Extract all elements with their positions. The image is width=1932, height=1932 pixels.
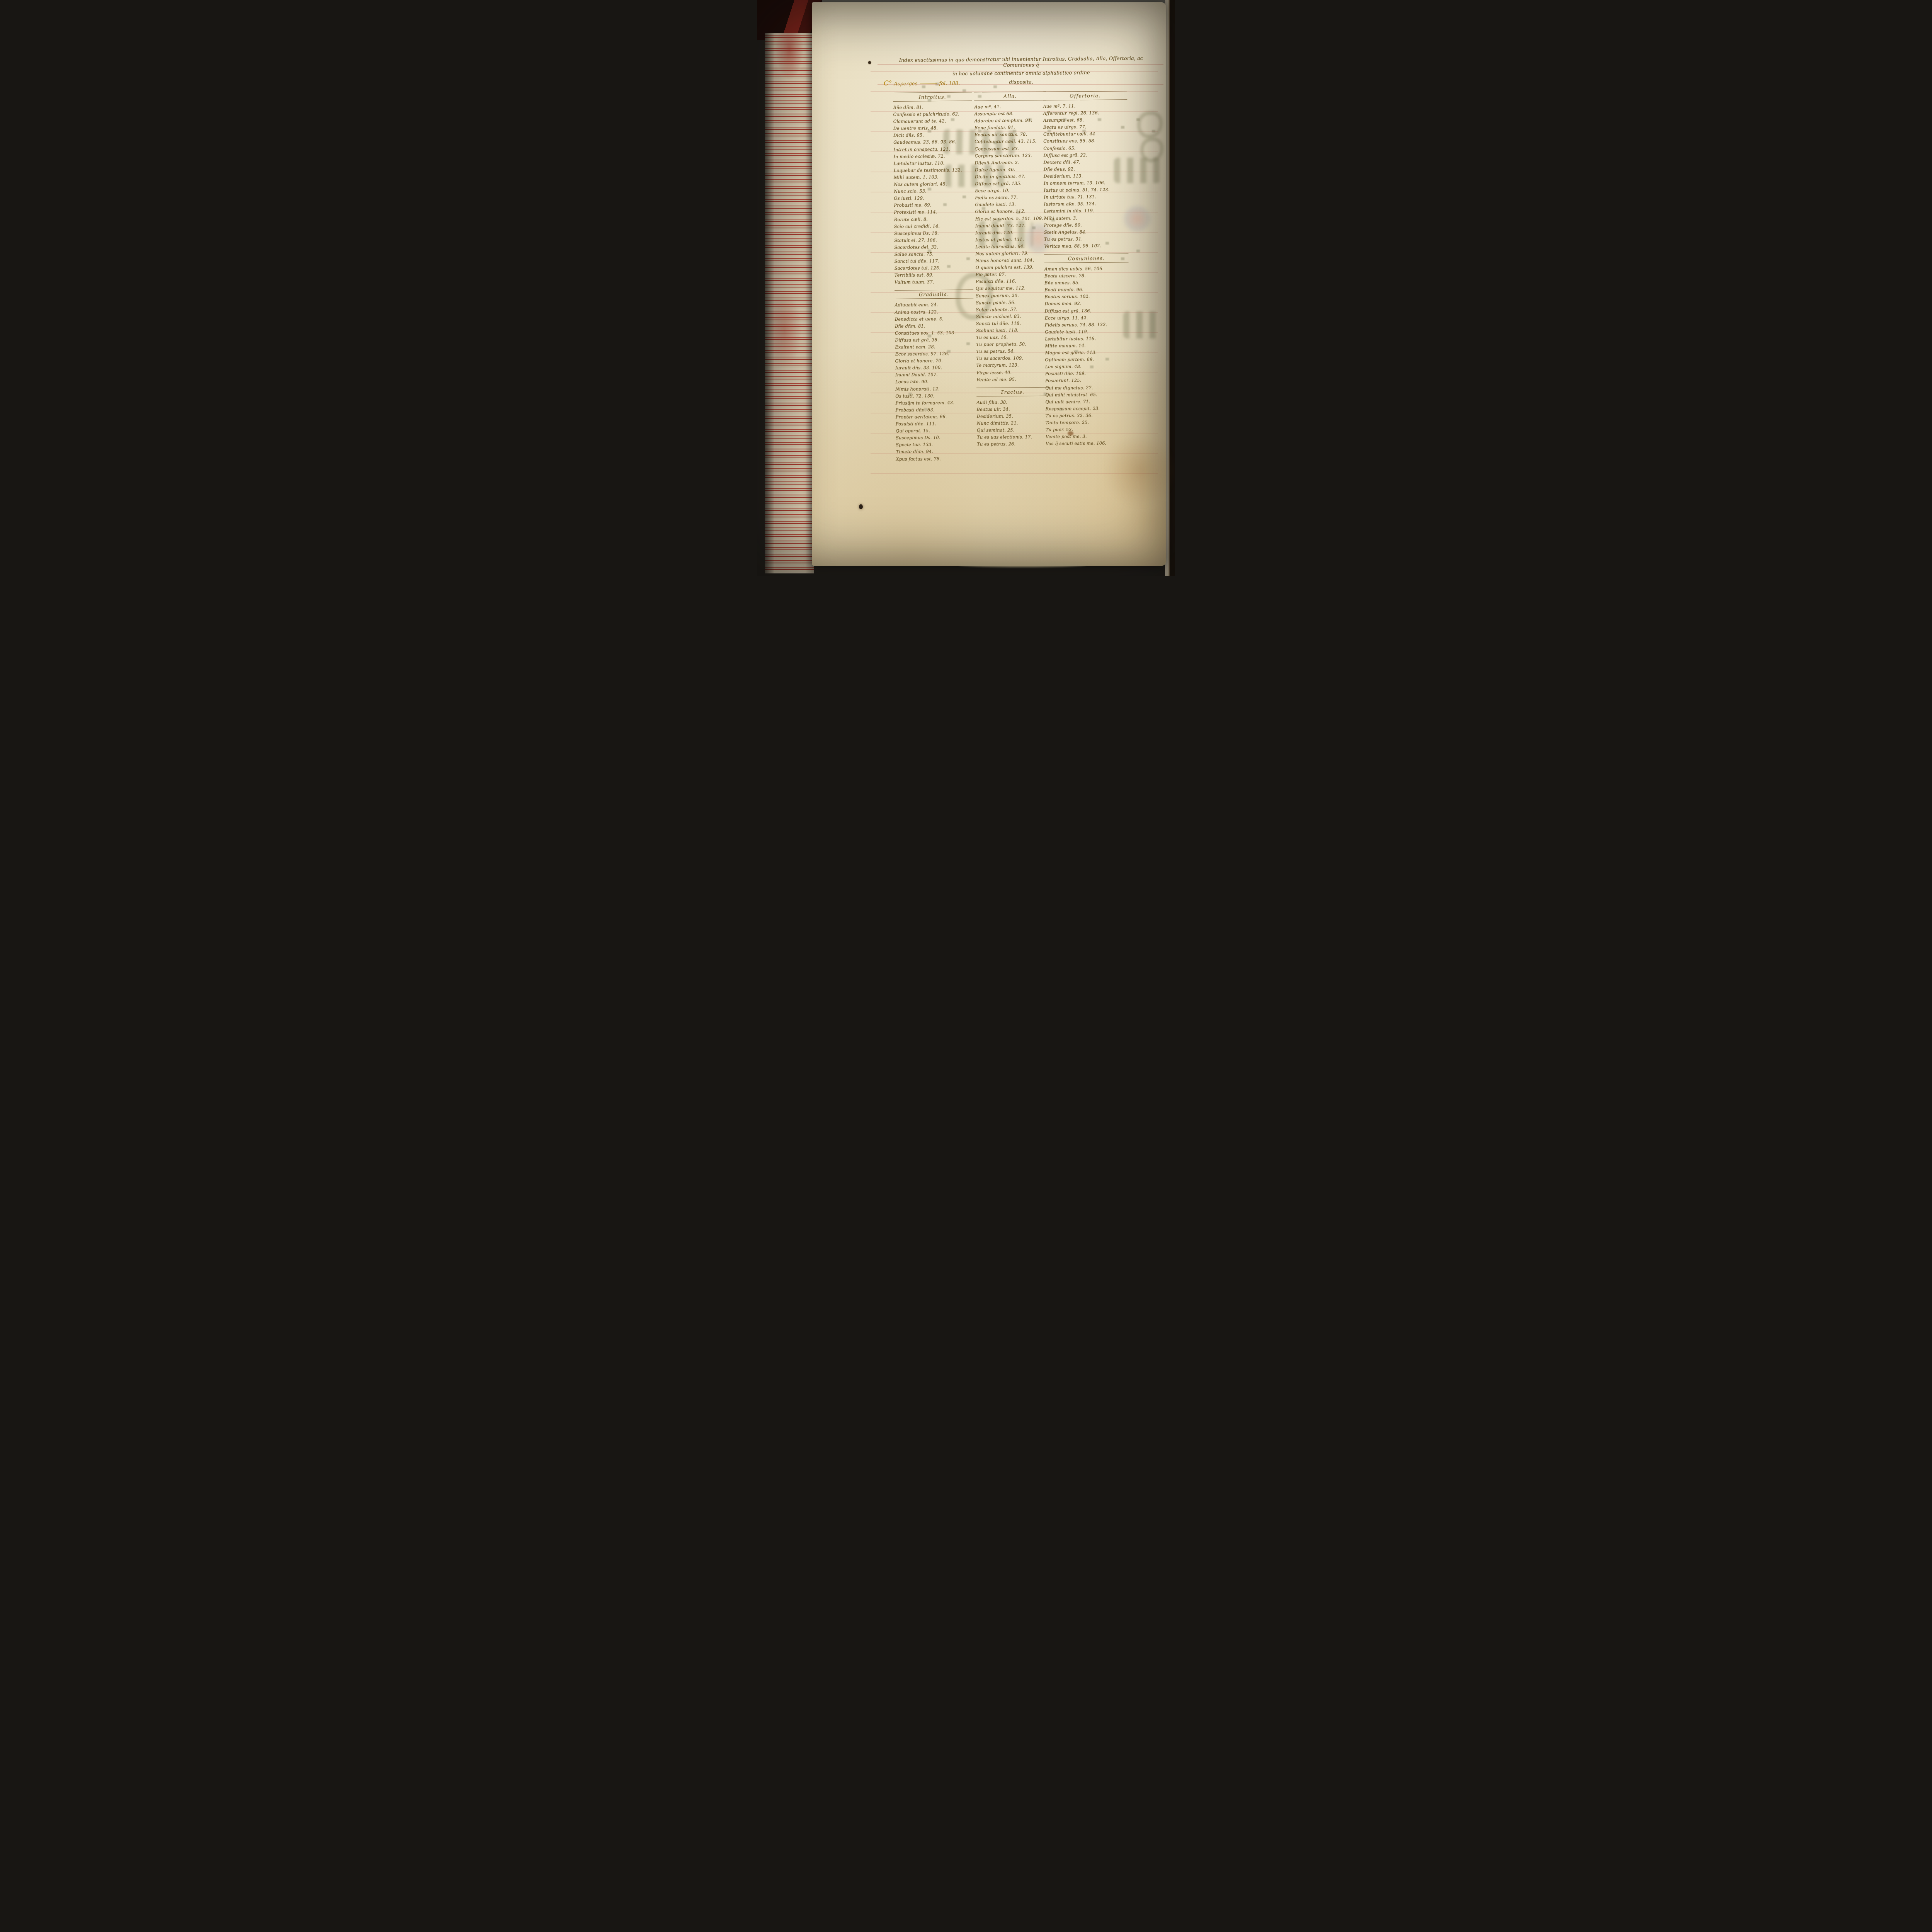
- parchment-hole: [868, 61, 871, 64]
- index-section: Alla.Aue mª. 41.Assumpta est 68.Adorabo …: [974, 92, 1048, 383]
- index-entry: Gaudete iusti. 13.: [975, 201, 1047, 209]
- index-entry: Probasti dñe. 63.: [895, 406, 974, 414]
- manuscript-photo: Index exactissimus in quo demonstratur u…: [757, 0, 1175, 576]
- index-entry: Leuita laurentius. 64.: [975, 243, 1047, 251]
- asperges-folio-note: C°Aspergesfol. 188.: [884, 79, 960, 88]
- entry-list: Adiuuabit eam. 24.Anima nostra. 122.Bene…: [895, 301, 975, 463]
- index-entry: Lex signum. 48.: [1045, 363, 1129, 371]
- index-entry: Ecce uirgo. 11. 42.: [1045, 314, 1129, 322]
- index-entry: Posuisti dñe. 116.: [976, 278, 1048, 286]
- index-entry: Diffusa est grã. 22.: [1043, 151, 1128, 159]
- index-entry: Diffusa est grã. 135.: [975, 180, 1047, 188]
- index-entry: Dextera dñi. 47.: [1043, 158, 1128, 166]
- index-entry: Rorate cæli. 8.: [894, 216, 973, 223]
- index-entry: Fælix es sacra. 77.: [975, 194, 1047, 202]
- index-entry: Lætabitur iustus. 110.: [893, 160, 972, 167]
- index-entry: Iurauit dñs. 33. 100.: [895, 364, 974, 372]
- index-entry: Beatus seruus. 102.: [1044, 293, 1129, 301]
- index-entry: Beatus uir sanctus. 78.: [975, 131, 1046, 139]
- index-entry: Tu es petrus. 31.: [1044, 235, 1128, 243]
- index-entry: Suscepimus Ds. 10.: [896, 434, 975, 442]
- index-entry: Specie tua. 133.: [896, 441, 975, 449]
- index-entry: Aue mª. 41.: [974, 103, 1046, 111]
- index-entry: Beata es uirgo. 77.: [1043, 123, 1128, 131]
- index-entry: Sacerdotes tui. 125.: [895, 264, 973, 272]
- index-entry: Fidelis seruus. 74. 88. 132.: [1045, 321, 1129, 329]
- index-entry: Clamauerunt ad te. 42.: [893, 118, 972, 126]
- entry-list: Audi filia. 38.Beatus uir. 34.Desiderium…: [976, 399, 1049, 448]
- index-entry: Gloria et honore. 70.: [895, 357, 974, 365]
- index-entry: Aue mª. 7. 11.: [1043, 102, 1127, 110]
- index-entry: Nos autem gloriari. 79.: [975, 250, 1047, 258]
- index-entry: Optimam partem. 69.: [1045, 356, 1129, 364]
- index-entry: Concussum est. 83.: [975, 145, 1046, 153]
- index-entry: Tu es sacerdos. 109.: [976, 355, 1048, 362]
- index-entry: Desiderium. 35.: [977, 413, 1049, 420]
- index-entry: Benedicta et uene. 5.: [895, 315, 974, 323]
- index-entry: Locus iste. 90.: [895, 378, 974, 386]
- index-entry: Gloria et honore. 112.: [975, 208, 1047, 216]
- index-entry: Sacerdotes dei. 32.: [894, 243, 973, 251]
- index-entry: Iustorum aïæ. 95. 124.: [1044, 200, 1128, 208]
- section-title: Gradualia.: [895, 290, 973, 299]
- index-entry: Senex puerum. 20.: [976, 292, 1048, 299]
- index-entry: Dicite in gentibus. 47.: [975, 173, 1047, 181]
- index-entry: Ecce sacerdos. 97. 126.: [895, 350, 974, 358]
- index-entry: Cofitebuntur cæli. 43. 115.: [975, 138, 1046, 146]
- index-entry: Propter ueritatem. 66.: [896, 413, 975, 421]
- index-entry: Mitte manum. 14.: [1045, 342, 1129, 350]
- index-entry: Suscepimus Ds. 18.: [894, 230, 973, 237]
- index-entry: Qui seminat. 25.: [977, 427, 1049, 434]
- index-entry: Lætamini in dño. 119.: [1044, 207, 1128, 215]
- index-entry: Tu puer propheta. 50.: [976, 341, 1048, 349]
- index-entry: Timete dñm. 94.: [896, 448, 975, 456]
- ink-spot: [1068, 431, 1073, 435]
- section-title: Comuniones.: [1044, 253, 1128, 263]
- index-column-1: Introitus.Bñe dñm. 81.Confessio et pulch…: [893, 92, 975, 463]
- index-entry: Adiuuabit eam. 24.: [895, 301, 973, 309]
- index-entry: Statuit ei. 27. 106.: [894, 236, 973, 244]
- index-entry: Domus mea. 92.: [1044, 300, 1129, 308]
- index-entry: Os iusti. 129.: [894, 195, 973, 202]
- asperges-folio: fol. 188.: [939, 81, 960, 87]
- index-entry: Nimis honorati. 12.: [895, 385, 974, 393]
- decorated-initial: C°: [884, 80, 892, 87]
- manuscript-page: Index exactissimus in quo demonstratur u…: [812, 2, 1166, 566]
- index-entry: Iustus ut palma. 51. 74. 123.: [1044, 186, 1128, 194]
- index-entry: Bene fundata. 91.: [975, 124, 1046, 132]
- index-entry: Protexisti me. 114.: [894, 209, 973, 216]
- index-entry: Beati mundo. 96.: [1044, 286, 1129, 294]
- index-entry: Diffusa est grã. 38.: [895, 336, 974, 344]
- index-entry: Os iusti. 72. 130.: [895, 392, 974, 400]
- index-entry: Amen dico uobis. 56. 106.: [1044, 265, 1129, 273]
- entry-list: Aue mª. 7. 11.Afferentur regi. 26. 136.A…: [1043, 102, 1128, 250]
- asperges-word: Asperges: [894, 81, 917, 87]
- index-entry: Assumpta est 68.: [974, 110, 1046, 118]
- page-edge-curl: [959, 563, 1086, 567]
- index-entry: Sancti tui dñe. 118.: [976, 320, 1048, 328]
- entry-list: Aue mª. 41.Assumpta est 68.Adorabo ad te…: [974, 103, 1048, 383]
- index-entry: In omnem terram. 13. 106.: [1044, 179, 1128, 187]
- index-section: Offertoria.Aue mª. 7. 11.Afferentur regi…: [1043, 91, 1128, 250]
- index-entry: Stabunt iusti. 118.: [976, 327, 1048, 335]
- index-entry: Constitues eos. 55. 58.: [1043, 138, 1128, 145]
- index-column-3: Offertoria.Aue mª. 7. 11.Afferentur regi…: [1043, 91, 1130, 447]
- index-entry: Responsum accepit. 23.: [1045, 405, 1129, 413]
- index-entry: Confessio et pulchritudo. 62.: [893, 111, 972, 118]
- index-entry: Anima nostra. 122.: [895, 308, 973, 316]
- index-entry: Qui uult uenire. 71.: [1045, 398, 1129, 406]
- index-entry: Veritas mea. 88. 98. 102.: [1044, 242, 1128, 250]
- index-entry: Protege dñe. 80.: [1044, 221, 1128, 229]
- index-entry: Iustus ut palma. 131.: [975, 236, 1047, 244]
- index-entry: Venite ad me. 95.: [976, 376, 1048, 383]
- index-entry: Sancte michael. 83.: [976, 313, 1048, 321]
- index-entry: Bñe omnes. 85.: [1044, 279, 1129, 287]
- index-entry: Nunc dimittis. 21.: [977, 420, 1049, 427]
- index-entry: Posuisti dñe. 109.: [1045, 370, 1129, 378]
- parchment-hole: [859, 504, 863, 509]
- index-entry: Pie pater. 87.: [976, 271, 1048, 279]
- index-entry: Posuisti dñe. 111.: [896, 420, 975, 428]
- index-entry: Gaudete iusti. 119.: [1045, 328, 1129, 336]
- index-section: Comuniones.Amen dico uobis. 56. 106.Beat…: [1044, 253, 1130, 447]
- index-entry: Confitebuntur cæli. 44.: [1043, 131, 1128, 138]
- index-entry: In medio ecclesiæ. 72.: [893, 153, 972, 160]
- index-entry: Bñe dñm. 81.: [893, 104, 972, 111]
- index-entry: Stetit Angelus. 84.: [1044, 228, 1128, 236]
- index-entry: Desiderium. 113.: [1044, 172, 1128, 180]
- index-entry: Hic est sacerdos. 5. 101. 109.: [975, 215, 1047, 223]
- index-entry: Xpus factus est. 78.: [896, 455, 975, 463]
- index-entry: Diffusa est grã. 136.: [1044, 307, 1129, 315]
- index-entry: In uirtute tua. 71. 131.: [1044, 193, 1128, 201]
- index-entry: Iurauit dñs. 120.: [975, 229, 1047, 236]
- index-entry: Solue iubente. 57.: [976, 306, 1048, 314]
- index-entry: Qui sequitur me. 112.: [976, 285, 1048, 293]
- index-section: Gradualia.Adiuuabit eam. 24.Anima nostra…: [895, 290, 975, 463]
- index-title-line-2: in hoc uolumine continentur omnia alphab…: [938, 70, 1105, 77]
- index-entry: Dilexit Andream. 2.: [975, 159, 1046, 167]
- index-entry: Priusq̃m te formarem. 43.: [895, 399, 974, 407]
- index-entry: Vultum tuum. 37.: [895, 279, 973, 286]
- entry-list: Amen dico uobis. 56. 106.Beata uiscera. …: [1044, 265, 1130, 447]
- index-entry: Nos autem gloriari. 45.: [894, 180, 973, 188]
- index-entry: Beatus uir. 34.: [976, 406, 1048, 413]
- section-title: Introitus.: [893, 92, 972, 102]
- index-entry: Confessio. 65.: [1043, 145, 1128, 152]
- index-entry: Te martyrum. 123.: [976, 362, 1048, 369]
- index-entry: Dulce lignum. 46.: [975, 166, 1047, 174]
- index-entry: Beata uiscera. 78.: [1044, 272, 1129, 280]
- index-column-2: Alla.Aue mª. 41.Assumpta est 68.Adorabo …: [974, 92, 1049, 448]
- index-entry: Tu es petrus. 54.: [976, 348, 1048, 355]
- index-entry: Qui me dignatus. 27.: [1045, 384, 1129, 392]
- index-entry: Loquebar de testimoniis. 132.: [894, 167, 973, 174]
- index-entry: Gaudeamus. 23. 66. 93. 86.: [893, 139, 972, 146]
- parchment-stain: [1082, 423, 1175, 528]
- index-entry: O quam pulchra est. 139.: [976, 264, 1048, 272]
- index-entry: Terribilis est. 89.: [895, 272, 973, 279]
- index-entry: Dñe deus. 92.: [1044, 165, 1128, 173]
- index-entry: Sancti tui dñe. 117.: [894, 257, 973, 265]
- index-entry: Tu es petrus. 26.: [977, 440, 1049, 448]
- index-entry: Adorabo ad templum. 91.: [975, 117, 1046, 125]
- index-entry: Bñe dñm. 81.: [895, 322, 974, 330]
- index-entry: Audi filia. 38.: [976, 399, 1048, 406]
- index-entry: Tu es petrus. 32. 36.: [1046, 412, 1130, 420]
- index-section: Introitus.Bñe dñm. 81.Confessio et pulch…: [893, 92, 973, 286]
- index-entry: Probasti me. 69.: [894, 202, 973, 209]
- index-section: Tractus.Audi filia. 38.Beatus uir. 34.De…: [976, 387, 1049, 448]
- index-entry: Qui mihi ministrat. 65.: [1045, 391, 1129, 399]
- index-entry: Constitues eos. 1. 53. 103.: [895, 329, 974, 337]
- index-entry: Inueni Dauid. 107.: [895, 371, 974, 379]
- section-title: Alla.: [974, 92, 1046, 101]
- index-entry: Sancte paule. 56.: [976, 299, 1048, 306]
- index-entry: Nimis honorati sunt. 104.: [975, 257, 1047, 265]
- index-entry: Corpora sanctorum. 123.: [975, 152, 1046, 160]
- index-entry: Inueni dauid. 73. 127.: [975, 222, 1047, 230]
- index-entry: Lætabitur iustus. 116.: [1045, 335, 1129, 343]
- section-title: Tractus.: [976, 387, 1048, 396]
- index-entry: Tu es uas. 16.: [976, 334, 1048, 342]
- index-entry: Scio cui credidi. 14.: [894, 223, 973, 230]
- index-entry: Afferentur regi. 26. 136.: [1043, 109, 1127, 117]
- entry-list: Bñe dñm. 81.Confessio et pulchritudo. 62…: [893, 104, 973, 286]
- index-entry: Tu es uas electionis. 17.: [977, 434, 1049, 441]
- index-entry: Mihi autem. 3.: [1044, 214, 1128, 222]
- index-entry: Virga iesse. 40.: [976, 369, 1048, 376]
- index-title-line-1: Index exactissimus in quo demonstratur u…: [883, 55, 1158, 69]
- index-entry: Dicit dñs. 95.: [893, 132, 972, 139]
- index-entry: Exaltent eam. 28.: [895, 343, 974, 351]
- index-entry: Intret in conspectu. 121.: [893, 146, 972, 153]
- index-title-line-3: disposita.: [938, 78, 1105, 85]
- book-fore-edge-pages: [765, 33, 814, 573]
- index-entry: De uentre mris. 48.: [893, 125, 972, 133]
- index-entry: Nunc scio. 53.: [894, 187, 973, 195]
- section-title: Offertoria.: [1043, 91, 1127, 100]
- index-entry: Assumpta est. 68.: [1043, 116, 1128, 124]
- index-entry: Salue sancta. 75.: [894, 250, 973, 258]
- index-entry: Posuerunt. 125.: [1045, 377, 1129, 385]
- index-entry: Magna est gloria. 113.: [1045, 349, 1129, 357]
- leader-dash: [920, 83, 937, 84]
- index-entry: Ecce uirgo. 10.: [975, 187, 1047, 195]
- index-entry: Qui operat. 15.: [896, 427, 975, 435]
- index-entry: Mihi autem. 1. 103.: [894, 173, 973, 181]
